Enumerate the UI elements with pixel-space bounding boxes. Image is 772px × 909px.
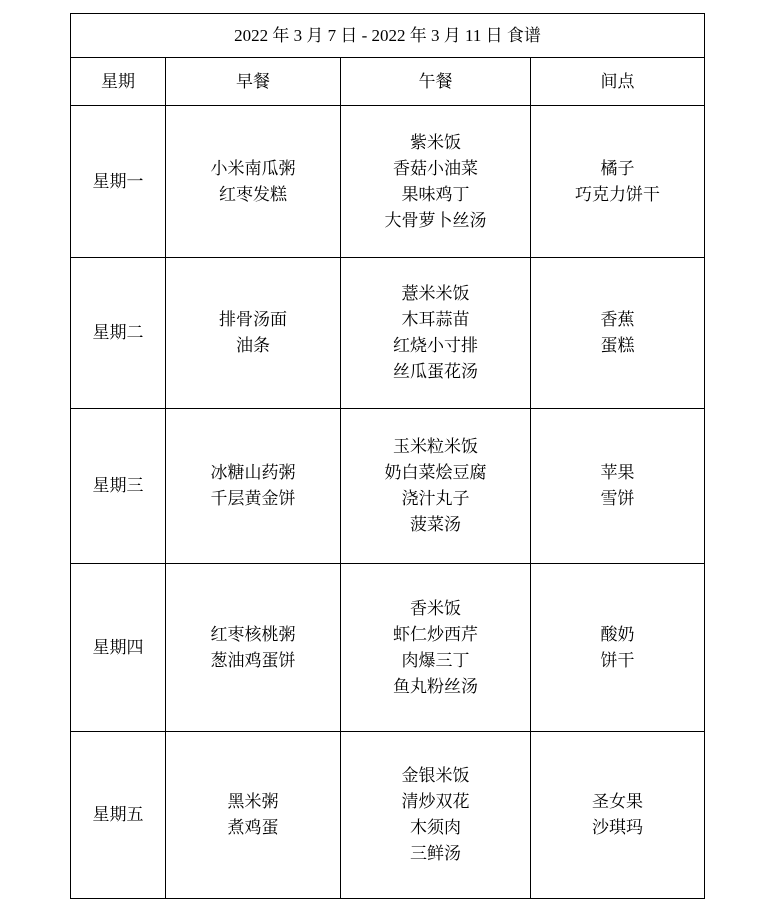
snack-cell: 橘子巧克力饼干 xyxy=(531,106,705,258)
table-row: 星期四红枣核桃粥葱油鸡蛋饼香米饭虾仁炒西芹肉爆三丁鱼丸粉丝汤酸奶饼干 xyxy=(71,564,705,732)
menu-item: 星期一 xyxy=(71,169,165,195)
snack-cell: 香蕉蛋糕 xyxy=(531,258,705,409)
menu-item: 巧克力饼干 xyxy=(531,182,704,208)
day-cell: 星期三 xyxy=(71,409,166,564)
lunch-cell: 紫米饭香菇小油菜果味鸡丁大骨萝卜丝汤 xyxy=(341,106,531,258)
menu-item: 金银米饭 xyxy=(341,763,530,789)
menu-item: 千层黄金饼 xyxy=(166,486,340,512)
day-cell: 星期四 xyxy=(71,564,166,732)
column-header-breakfast: 早餐 xyxy=(166,58,341,106)
table-row: 星期三冰糖山药粥千层黄金饼玉米粒米饭奶白菜烩豆腐浇汁丸子菠菜汤苹果雪饼 xyxy=(71,409,705,564)
menu-item: 橘子 xyxy=(531,156,704,182)
menu-item: 丝瓜蛋花汤 xyxy=(341,359,530,385)
menu-item: 油条 xyxy=(166,333,340,359)
menu-item: 煮鸡蛋 xyxy=(166,815,340,841)
column-header-day: 星期 xyxy=(71,58,166,106)
snack-cell: 圣女果沙琪玛 xyxy=(531,732,705,899)
table-row: 星期一小米南瓜粥红枣发糕紫米饭香菇小油菜果味鸡丁大骨萝卜丝汤橘子巧克力饼干 xyxy=(71,106,705,258)
column-header-lunch: 午餐 xyxy=(341,58,531,106)
menu-item: 菠菜汤 xyxy=(341,512,530,538)
menu-item: 浇汁丸子 xyxy=(341,486,530,512)
menu-item: 雪饼 xyxy=(531,486,704,512)
breakfast-cell: 小米南瓜粥红枣发糕 xyxy=(166,106,341,258)
menu-item: 圣女果 xyxy=(531,789,704,815)
snack-cell: 苹果雪饼 xyxy=(531,409,705,564)
column-header-snack: 间点 xyxy=(531,58,705,106)
menu-item: 玉米粒米饭 xyxy=(341,434,530,460)
menu-item: 冰糖山药粥 xyxy=(166,460,340,486)
breakfast-cell: 冰糖山药粥千层黄金饼 xyxy=(166,409,341,564)
day-cell: 星期二 xyxy=(71,258,166,409)
menu-item: 鱼丸粉丝汤 xyxy=(341,674,530,700)
lunch-cell: 玉米粒米饭奶白菜烩豆腐浇汁丸子菠菜汤 xyxy=(341,409,531,564)
menu-item: 红枣核桃粥 xyxy=(166,622,340,648)
menu-item: 饼干 xyxy=(531,648,704,674)
menu-item: 薏米米饭 xyxy=(341,281,530,307)
lunch-cell: 香米饭虾仁炒西芹肉爆三丁鱼丸粉丝汤 xyxy=(341,564,531,732)
menu-item: 虾仁炒西芹 xyxy=(341,622,530,648)
menu-item: 木须肉 xyxy=(341,815,530,841)
title-row: 2022 年 3 月 7 日 - 2022 年 3 月 11 日 食谱 xyxy=(71,14,705,58)
menu-item: 星期四 xyxy=(71,635,165,661)
menu-item: 黑米粥 xyxy=(166,789,340,815)
breakfast-cell: 黑米粥煮鸡蛋 xyxy=(166,732,341,899)
menu-item: 红枣发糕 xyxy=(166,182,340,208)
menu-item: 小米南瓜粥 xyxy=(166,156,340,182)
menu-item: 香菇小油菜 xyxy=(341,156,530,182)
menu-item: 星期三 xyxy=(71,473,165,499)
menu-item: 大骨萝卜丝汤 xyxy=(341,208,530,234)
menu-table: 2022 年 3 月 7 日 - 2022 年 3 月 11 日 食谱 星期 早… xyxy=(70,13,705,899)
menu-item: 紫米饭 xyxy=(341,130,530,156)
table-title: 2022 年 3 月 7 日 - 2022 年 3 月 11 日 食谱 xyxy=(71,14,705,58)
menu-item: 香米饭 xyxy=(341,596,530,622)
table-row: 星期五黑米粥煮鸡蛋金银米饭清炒双花木须肉三鲜汤圣女果沙琪玛 xyxy=(71,732,705,899)
menu-item: 木耳蒜苗 xyxy=(341,307,530,333)
menu-item: 奶白菜烩豆腐 xyxy=(341,460,530,486)
menu-item: 三鲜汤 xyxy=(341,841,530,867)
day-cell: 星期一 xyxy=(71,106,166,258)
lunch-cell: 金银米饭清炒双花木须肉三鲜汤 xyxy=(341,732,531,899)
menu-item: 沙琪玛 xyxy=(531,815,704,841)
menu-item: 果味鸡丁 xyxy=(341,182,530,208)
menu-item: 香蕉 xyxy=(531,307,704,333)
menu-item: 排骨汤面 xyxy=(166,307,340,333)
table-row: 星期二排骨汤面油条薏米米饭木耳蒜苗红烧小寸排丝瓜蛋花汤香蕉蛋糕 xyxy=(71,258,705,409)
breakfast-cell: 红枣核桃粥葱油鸡蛋饼 xyxy=(166,564,341,732)
menu-item: 酸奶 xyxy=(531,622,704,648)
document-page: 2022 年 3 月 7 日 - 2022 年 3 月 11 日 食谱 星期 早… xyxy=(0,0,772,909)
menu-item: 蛋糕 xyxy=(531,333,704,359)
menu-item: 肉爆三丁 xyxy=(341,648,530,674)
menu-item: 红烧小寸排 xyxy=(341,333,530,359)
menu-rows: 星期一小米南瓜粥红枣发糕紫米饭香菇小油菜果味鸡丁大骨萝卜丝汤橘子巧克力饼干星期二… xyxy=(71,106,705,899)
snack-cell: 酸奶饼干 xyxy=(531,564,705,732)
menu-item: 星期二 xyxy=(71,320,165,346)
menu-item: 星期五 xyxy=(71,802,165,828)
header-row: 星期 早餐 午餐 间点 xyxy=(71,58,705,106)
lunch-cell: 薏米米饭木耳蒜苗红烧小寸排丝瓜蛋花汤 xyxy=(341,258,531,409)
day-cell: 星期五 xyxy=(71,732,166,899)
breakfast-cell: 排骨汤面油条 xyxy=(166,258,341,409)
menu-item: 清炒双花 xyxy=(341,789,530,815)
menu-item: 苹果 xyxy=(531,460,704,486)
menu-item: 葱油鸡蛋饼 xyxy=(166,648,340,674)
